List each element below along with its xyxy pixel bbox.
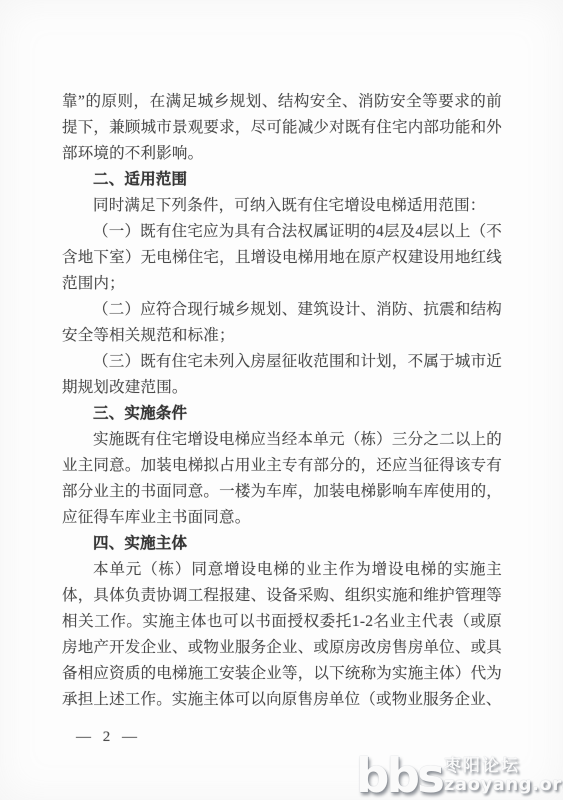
document-paragraph: （一）既有住宅应为具有合法权属证明的4层及4层以上（不含地下室）无电梯住宅，且增… [62,219,502,297]
watermark-site-domain: zaoyang.org [444,776,563,794]
document-paragraph: 同时满足下列条件，可纳入既有住宅增设电梯适用范围： [62,193,502,219]
watermark: bbs 枣阳论坛 zaoyang.org [356,758,563,796]
page-number: — 2 — [76,729,141,746]
document-paragraph: 靠”的原则，在满足城乡规划、结构安全、消防安全等要求的前提下，兼顾城市景观要求，… [62,89,502,167]
document-paragraph: （三）既有住宅未列入房屋征收范围和计划，不属于城市近期规划改建范围。 [62,349,502,401]
watermark-site-name-cn: 枣阳论坛 [444,758,520,776]
section-heading-conditions: 三、实施条件 [62,401,502,427]
document-paragraph: 实施既有住宅增设电梯应当经本单元（栋）三分之二以上的业主同意。加装电梯拟占用业主… [62,427,502,531]
document-paragraph: （二）应符合现行城乡规划、建筑设计、消防、抗震和结构安全等相关规范和标准； [62,297,502,349]
document-body: 靠”的原则，在满足城乡规划、结构安全、消防安全等要求的前提下，兼顾城市景观要求，… [62,89,502,713]
watermark-bbs-text: bbs [356,759,442,796]
watermark-site-block: 枣阳论坛 zaoyang.org [444,758,563,794]
document-paragraph: 本单元（栋）同意增设电梯的业主作为增设电梯的实施主体，具体负责协调工程报建、设备… [62,557,502,713]
document-page: 靠”的原则，在满足城乡规划、结构安全、消防安全等要求的前提下，兼顾城市景观要求，… [0,0,563,800]
section-heading-implementers: 四、实施主体 [62,531,502,557]
section-heading-scope: 二、适用范围 [62,167,502,193]
